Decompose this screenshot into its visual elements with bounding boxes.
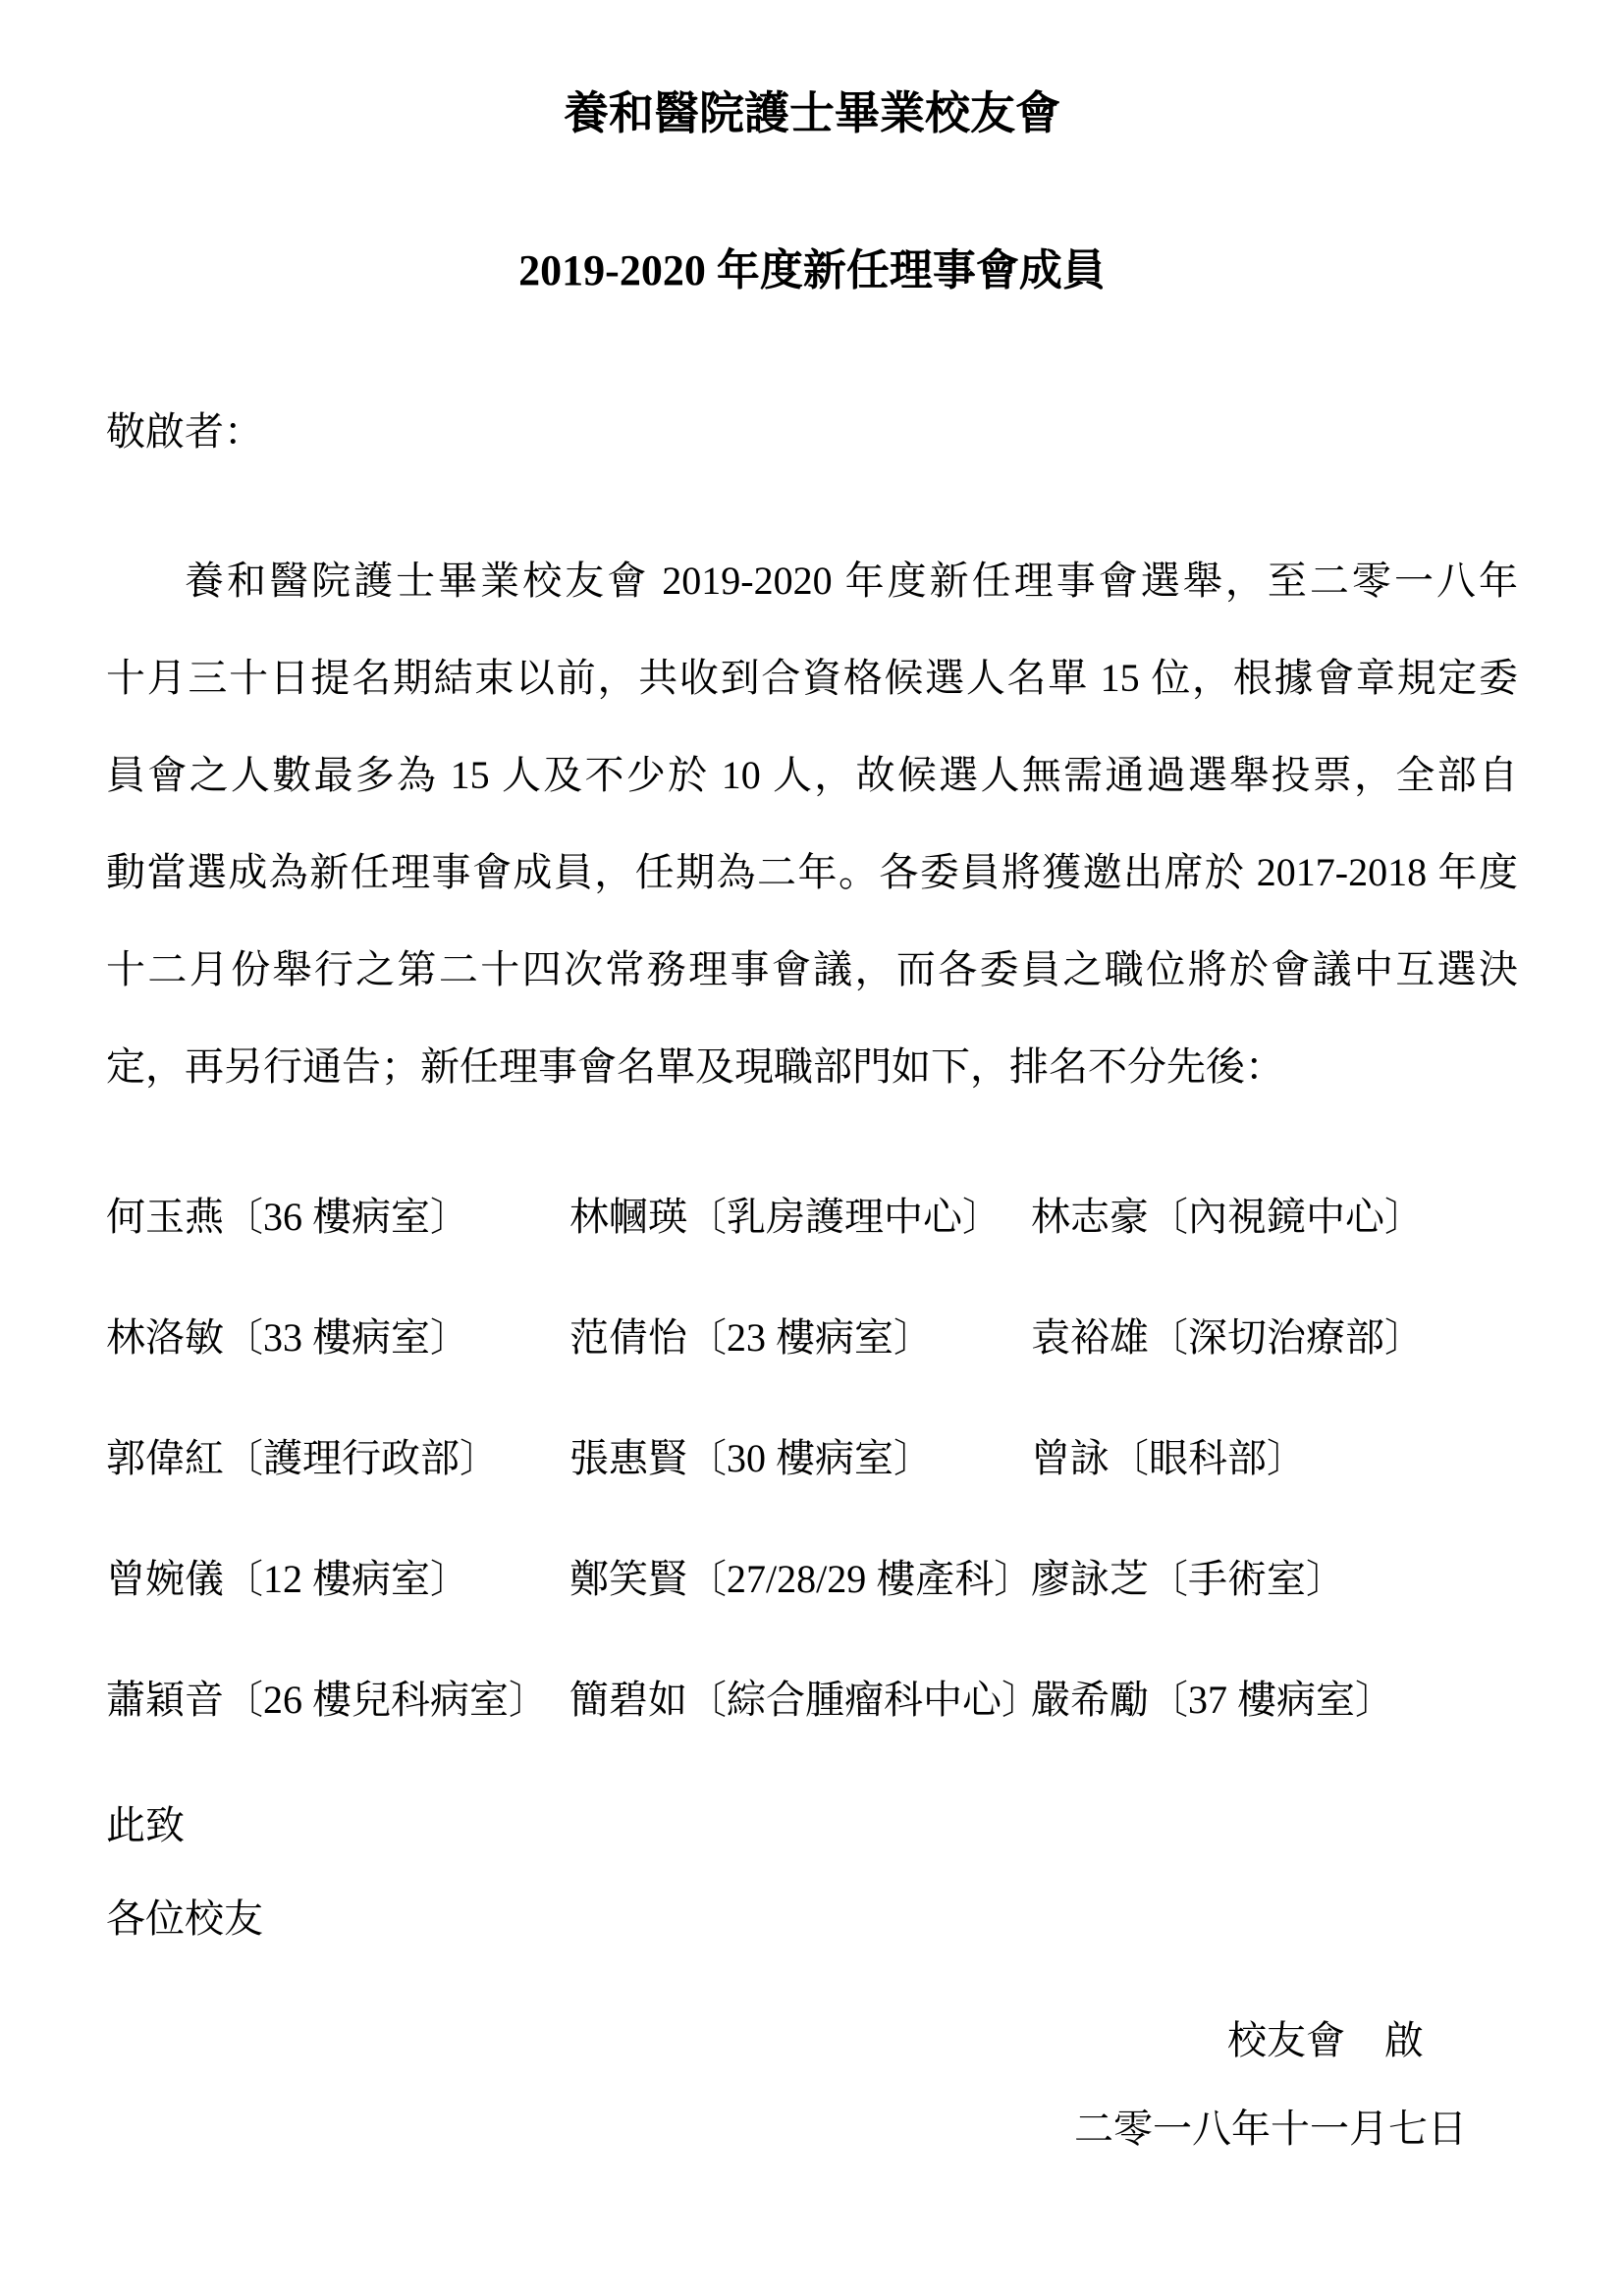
closing-cizhi: 此致 [0,1802,1624,1849]
salutation: 敬啟者： [0,408,1624,455]
member-entry: 何玉燕〔36 樓病室〕 [106,1194,569,1241]
member-entry: 林幗瑛〔乳房護理中心〕 [569,1194,1031,1241]
member-entry: 鄭笑賢〔27/28/29 樓產科〕 [569,1556,1031,1603]
member-row: 蕭穎音〔26 樓兒科病室〕 簡碧如〔綜合腫瘤科中心〕 嚴希勵〔37 樓病室〕 [0,1677,1624,1724]
signature: 校友會 啟 [0,2017,1624,2064]
member-row: 何玉燕〔36 樓病室〕 林幗瑛〔乳房護理中心〕 林志豪〔內視鏡中心〕 [0,1194,1624,1241]
letter-date: 二零一八年十一月七日 [0,2106,1624,2153]
member-entry: 林志豪〔內視鏡中心〕 [1031,1194,1518,1241]
body-line-1: 養和醫院護士畢業校友會 2019-2020 年度新任理事會選舉，至二零一八年 [106,532,1518,629]
member-row: 曾婉儀〔12 樓病室〕 鄭笑賢〔27/28/29 樓產科〕 廖詠芝〔手術室〕 [0,1556,1624,1603]
member-entry: 曾詠〔眼科部〕 [1031,1435,1518,1482]
member-entry: 廖詠芝〔手術室〕 [1031,1556,1518,1603]
member-entry: 蕭穎音〔26 樓兒科病室〕 [106,1677,569,1724]
member-entry: 簡碧如〔綜合腫瘤科中心〕 [569,1677,1031,1724]
body-line-2: 十月三十日提名期結束以前，共收到合資格候選人名單 15 位，根據會章規定委 [106,629,1518,726]
letter-subtitle: 2019-2020 年度新任理事會成員 [0,245,1624,296]
body-line-3: 員會之人數最多為 15 人及不少於 10 人，故候選人無需通過選舉投票，全部自 [106,726,1518,824]
closing-recipient: 各位校友 [0,1896,1624,1943]
member-row: 林洛敏〔33 樓病室〕 范倩怡〔23 樓病室〕 袁裕雄〔深切治療部〕 [0,1314,1624,1362]
member-entry: 林洛敏〔33 樓病室〕 [106,1314,569,1362]
body-line-5: 十二月份舉行之第二十四次常務理事會議，而各委員之職位將於會議中互選決 [106,921,1518,1018]
member-list: 何玉燕〔36 樓病室〕 林幗瑛〔乳房護理中心〕 林志豪〔內視鏡中心〕 林洛敏〔3… [0,1194,1624,1724]
member-entry: 曾婉儀〔12 樓病室〕 [106,1556,569,1603]
letter-page: 養和醫院護士畢業校友會 2019-2020 年度新任理事會成員 敬啟者： 養和醫… [0,0,1624,2296]
body-paragraph: 養和醫院護士畢業校友會 2019-2020 年度新任理事會選舉，至二零一八年 十… [0,532,1624,1115]
member-entry: 張惠賢〔30 樓病室〕 [569,1435,1031,1482]
member-entry: 嚴希勵〔37 樓病室〕 [1031,1677,1518,1724]
body-line-6: 定，再另行通告；新任理事會名單及現職部門如下，排名不分先後： [106,1018,1518,1115]
member-entry: 袁裕雄〔深切治療部〕 [1031,1314,1518,1362]
member-row: 郭偉紅〔護理行政部〕 張惠賢〔30 樓病室〕 曾詠〔眼科部〕 [0,1435,1624,1482]
body-line-4: 動當選成為新任理事會成員，任期為二年。各委員將獲邀出席於 2017-2018 年… [106,824,1518,921]
member-entry: 范倩怡〔23 樓病室〕 [569,1314,1031,1362]
letter-title: 養和醫院護士畢業校友會 [0,0,1624,139]
member-entry: 郭偉紅〔護理行政部〕 [106,1435,569,1482]
